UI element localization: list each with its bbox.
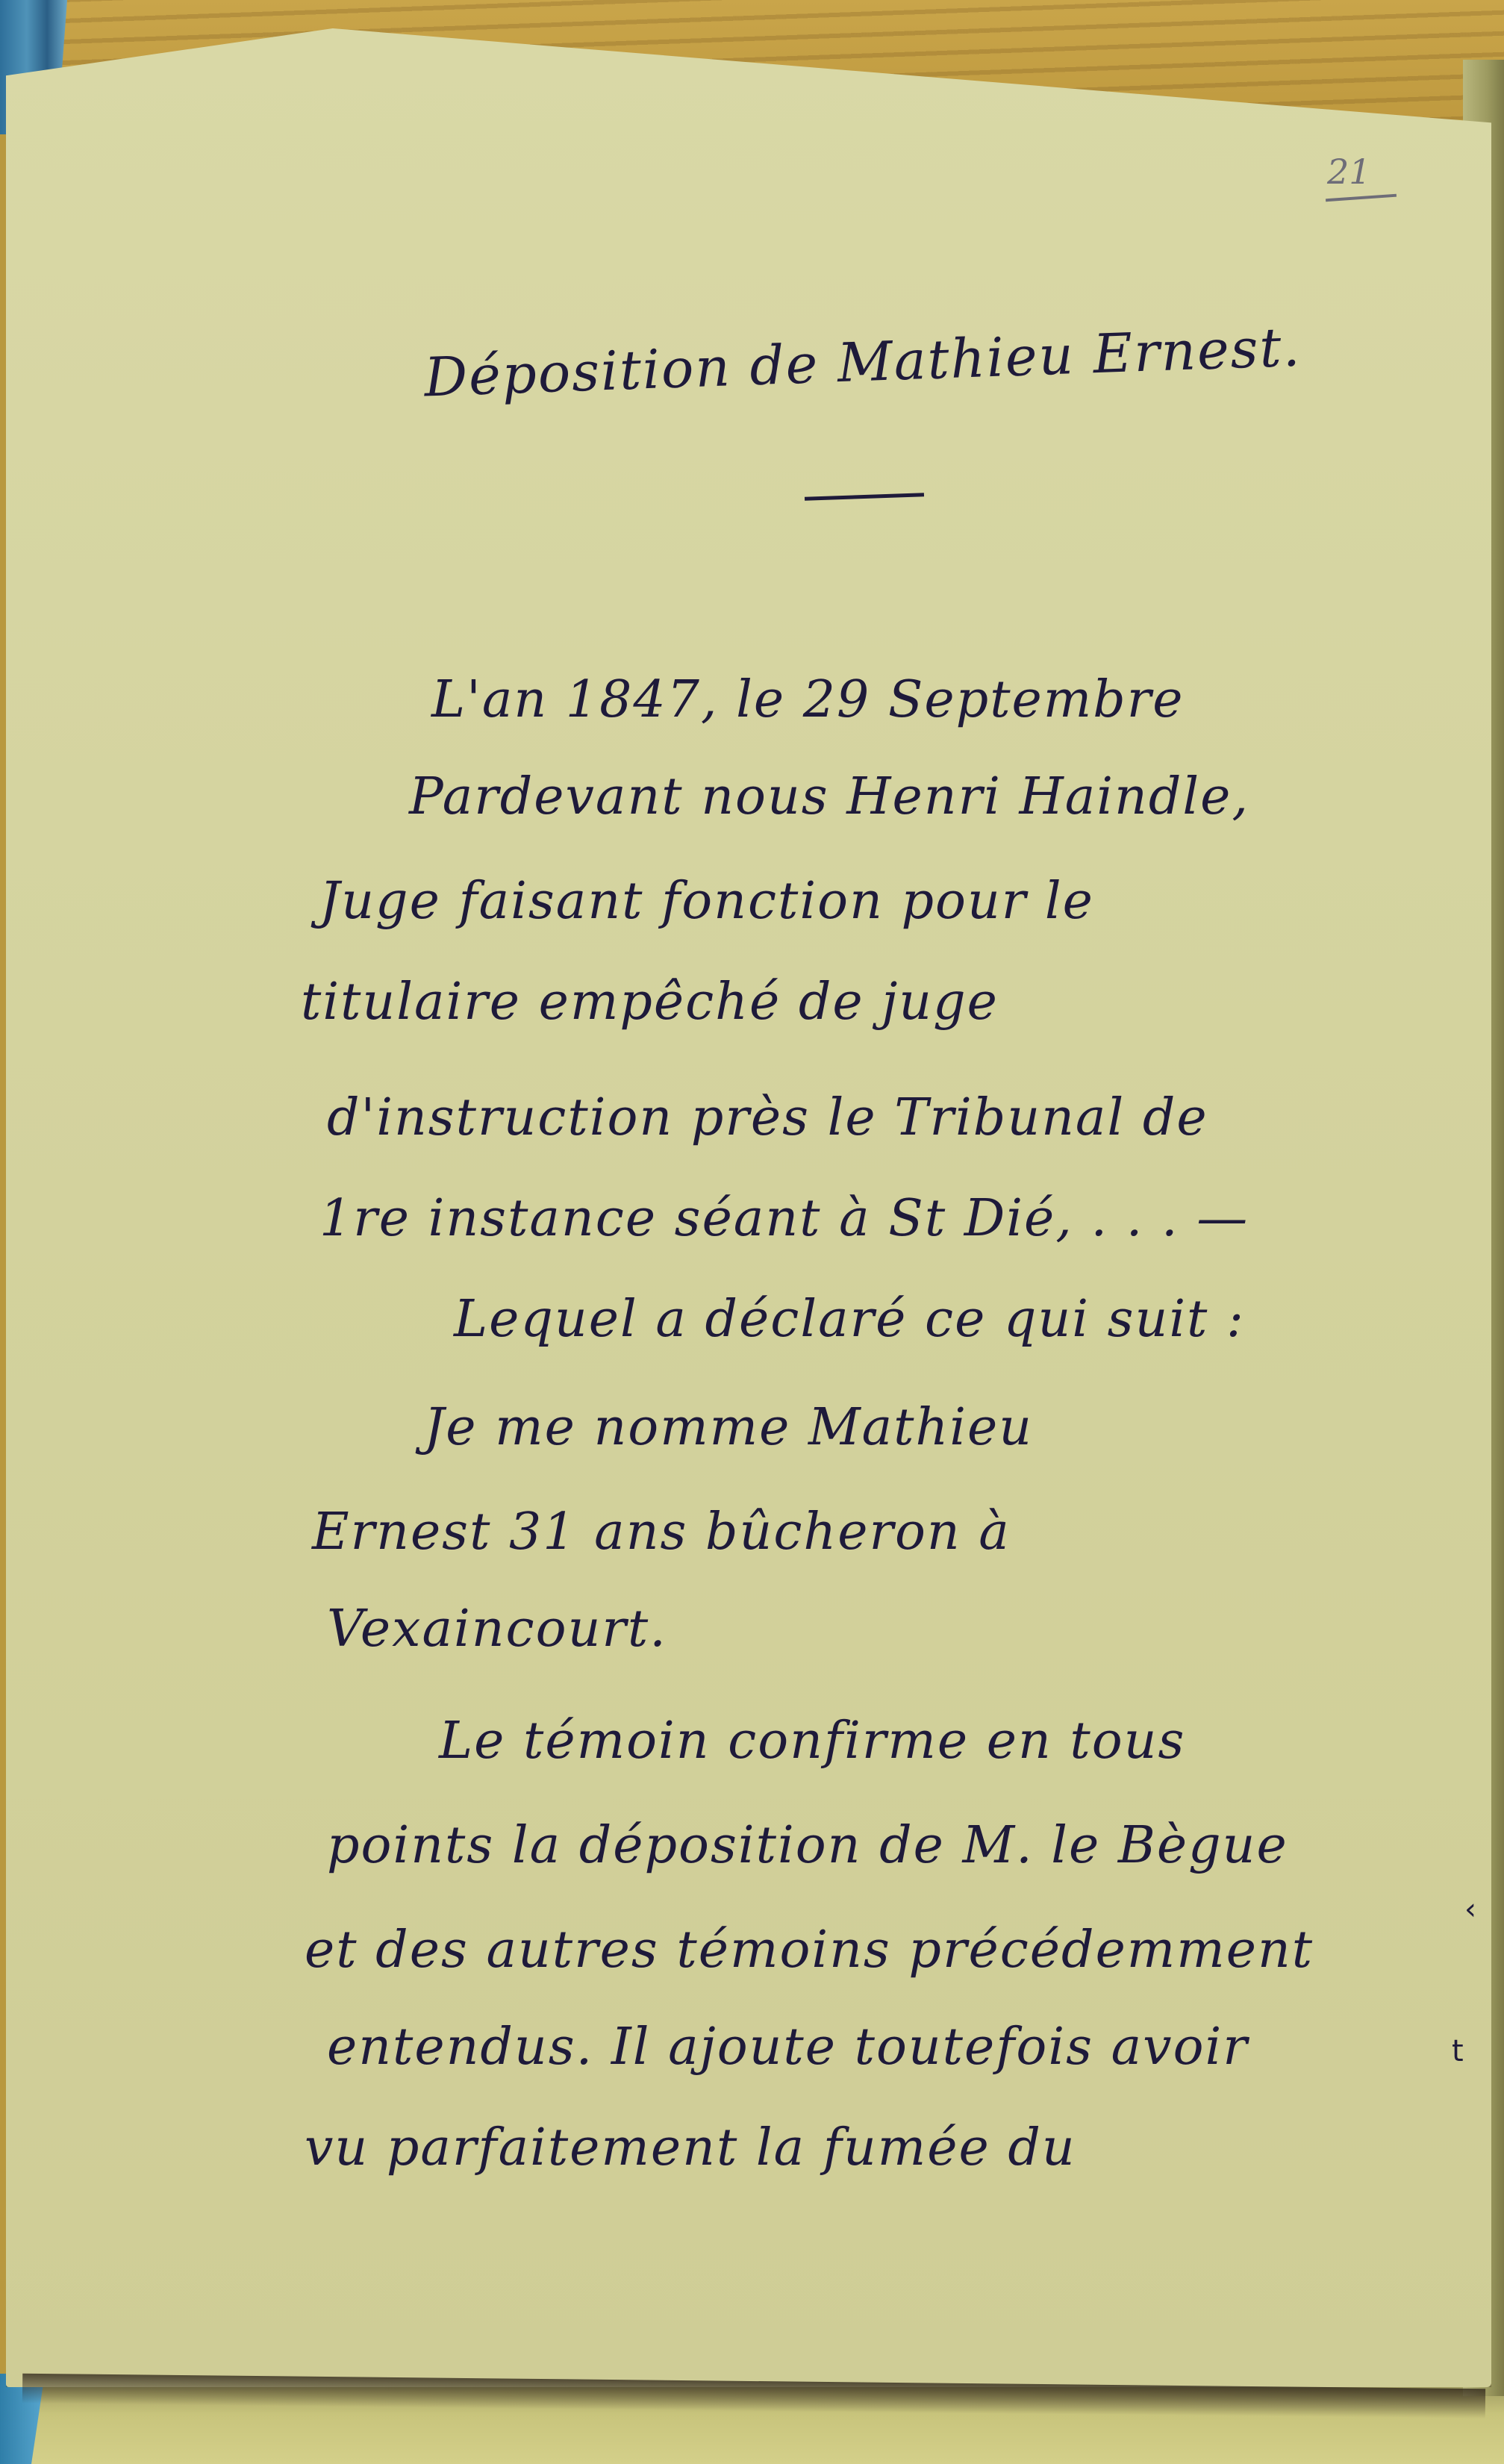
title-separator-rule	[805, 493, 924, 501]
manuscript-page: 21 Déposition de Mathieu Ernest. L'an 18…	[6, 28, 1491, 2387]
text-line: d'instruction près le Tribunal de	[327, 1088, 1208, 1147]
document-title: Déposition de Mathieu Ernest.	[423, 316, 1302, 409]
text-line: Je me nomme Mathieu	[424, 1398, 1033, 1457]
text-line: titulaire empêché de juge	[301, 973, 999, 1032]
folio-underline	[1326, 194, 1397, 202]
text-line: entendus. Il ajoute toutefois avoir	[327, 2018, 1249, 2077]
margin-mark: ‹	[1464, 1892, 1476, 1927]
text-line: L'an 1847, le 29 Septembre	[431, 670, 1185, 729]
folio-number: 21	[1327, 152, 1371, 192]
text-line: vu parfaitement la fumée du	[305, 2118, 1076, 2177]
text-line: Lequel a déclaré ce qui suit :	[454, 1290, 1245, 1349]
text-line: points la déposition de M. le Bègue	[327, 1816, 1288, 1875]
text-line: Vexaincourt.	[327, 1600, 667, 1659]
text-line: Le témoin confirme en tous	[439, 1712, 1185, 1771]
margin-mark: t	[1452, 2034, 1464, 2068]
text-line: 1re instance séant à St Dié, . . . —	[319, 1189, 1249, 1248]
text-line: Juge faisant fonction pour le	[319, 872, 1094, 931]
text-line: et des autres témoins précédemment	[305, 1921, 1314, 1980]
text-line: Pardevant nous Henri Haindle,	[409, 767, 1249, 826]
text-line: Ernest 31 ans bûcheron à	[312, 1503, 1011, 1562]
